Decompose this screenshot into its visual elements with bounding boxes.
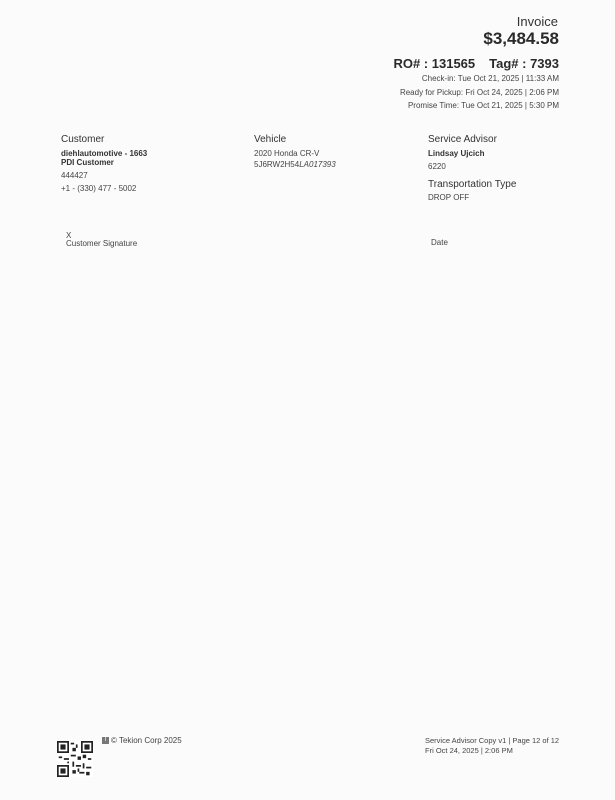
vin-suffix: LA017393 bbox=[299, 160, 335, 169]
date-label: Date bbox=[431, 238, 448, 247]
advisor-title: Service Advisor bbox=[428, 134, 516, 145]
invoice-total: $3,484.58 bbox=[483, 29, 559, 49]
vehicle-title: Vehicle bbox=[254, 134, 336, 145]
tekion-logo-icon: T bbox=[102, 737, 109, 744]
customer-section: Customer diehlautomotive - 1663 PDI Cust… bbox=[61, 134, 147, 193]
customer-name: diehlautomotive - 1663 bbox=[61, 149, 147, 158]
ro-tag-line: RO# : 131565Tag# : 7393 bbox=[393, 56, 559, 71]
transport-title: Transportation Type bbox=[428, 179, 516, 190]
customer-phone: +1 - (330) 477 - 5002 bbox=[61, 184, 147, 193]
check-in-time: Check-in: Tue Oct 21, 2025 | 11:33 AM bbox=[422, 74, 559, 83]
footer-page-info: Service Advisor Copy v1 | Page 12 of 12 … bbox=[425, 736, 559, 756]
copyright-text: © Tekion Corp 2025 bbox=[111, 736, 182, 745]
customer-title: Customer bbox=[61, 134, 147, 145]
ready-for-pickup-time: Ready for Pickup: Fri Oct 24, 2025 | 2:0… bbox=[400, 88, 559, 97]
transport-value: DROP OFF bbox=[428, 193, 516, 202]
tag-number: Tag# : 7393 bbox=[489, 56, 559, 71]
promise-time: Promise Time: Tue Oct 21, 2025 | 5:30 PM bbox=[408, 101, 559, 110]
customer-id: 444427 bbox=[61, 171, 147, 180]
printed-date: Fri Oct 24, 2025 | 2:06 PM bbox=[425, 746, 559, 756]
vehicle-vin: 5J6RW2H54LA017393 bbox=[254, 160, 336, 169]
vehicle-section: Vehicle 2020 Honda CR-V 5J6RW2H54LA01739… bbox=[254, 134, 336, 169]
vehicle-description: 2020 Honda CR-V bbox=[254, 149, 336, 158]
advisor-section: Service Advisor Lindsay Ujcich 6220 Tran… bbox=[428, 134, 516, 202]
copy-info: Service Advisor Copy v1 | Page 12 of 12 bbox=[425, 736, 559, 746]
advisor-number: 6220 bbox=[428, 162, 516, 171]
vin-prefix: 5J6RW2H54 bbox=[254, 160, 299, 169]
signature-label: Customer Signature bbox=[66, 239, 137, 248]
qr-code-icon bbox=[57, 741, 93, 777]
footer-copyright: T© Tekion Corp 2025 bbox=[102, 736, 182, 745]
customer-type: PDI Customer bbox=[61, 158, 147, 167]
invoice-title: Invoice bbox=[517, 14, 558, 29]
ro-number: RO# : 131565 bbox=[393, 56, 475, 71]
advisor-name: Lindsay Ujcich bbox=[428, 149, 516, 158]
